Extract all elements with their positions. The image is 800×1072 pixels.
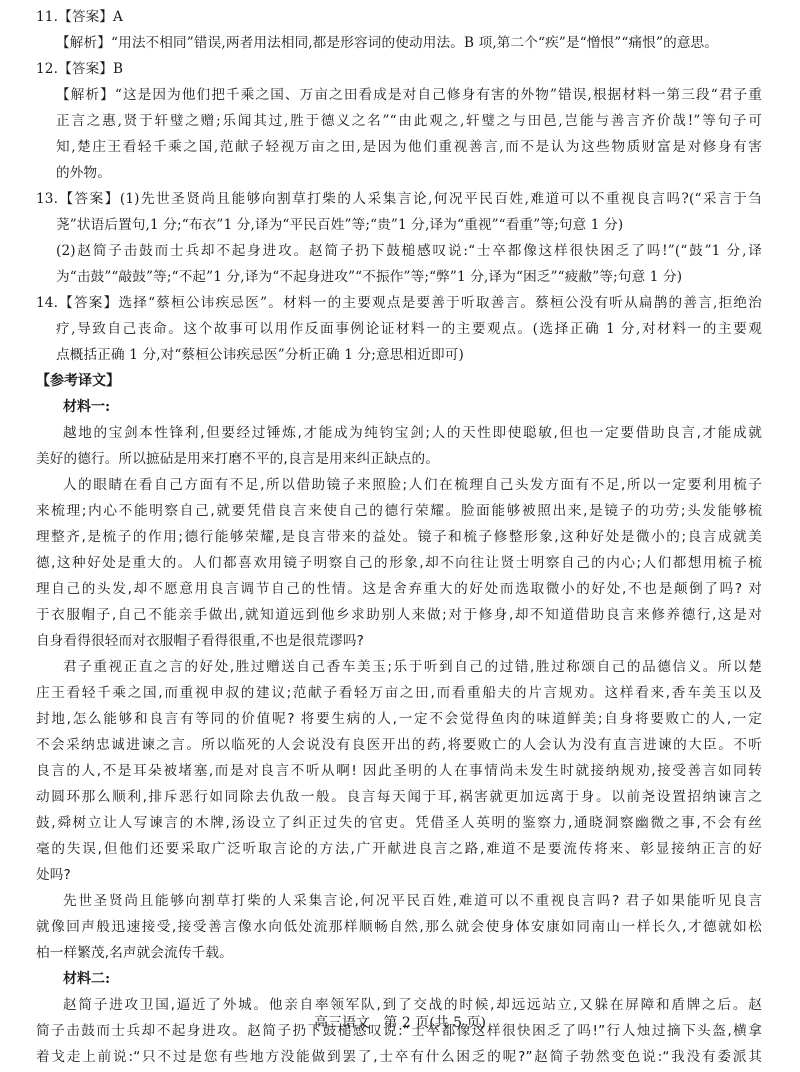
paragraph-line: 越地的宝剑本性锋利,但要经过锤炼,才能成为纯钧宝剑;人的天性即使聪敏,但也一定要… <box>36 420 762 446</box>
material-1-body: 越地的宝剑本性锋利,但要经过锤炼,才能成为纯钧宝剑;人的天性即使聪敏,但也一定要… <box>36 420 762 966</box>
paragraph-line: 封地,怎么能够和良言有等同的价值呢? 将要生病的人,一定不会觉得鱼肉的味道鲜美;… <box>36 706 762 732</box>
answer-13-line: 荛”状语后置句,1 分;“布衣”1 分,译为“平民百姓”等;“贵”1 分,译为“… <box>36 212 762 238</box>
answer-13-line: (2)赵简子击鼓而士兵却不起身进攻。赵简子扔下鼓槌感叹说:“士卒都像这样很快困乏… <box>36 238 762 264</box>
answer-11: 11.【答案】A <box>36 4 762 30</box>
paragraph-line: 先世圣贤尚且能够向割草打柴的人采集言论,何况平民百姓,难道可以不重视良言吗? 君… <box>36 888 762 914</box>
paragraph-line: 庄王看轻千乘之国,而重视申叔的建议;范献子看轻万亩之田,而看重船夫的片言规劝。这… <box>36 680 762 706</box>
answer-13: 13.【答案】(1)先世圣贤尚且能够向割草打柴的人采集言论,何况平民百姓,难道可… <box>36 186 762 212</box>
analysis-11-line: 【解析】“用法不相同”错误,两者用法相同,都是形容词的使动用法。B 项,第二个“… <box>36 30 762 56</box>
paragraph-line: 就像回声般迅速接受,接受善言像水向低处流那样顺畅自然,那么就会使身体安康如同南山… <box>36 914 762 940</box>
question-number: 12. <box>36 61 58 77</box>
answer-14-line: 疗,导致自己丧命。这个故事可以用作反面事例论证材料一的主要观点。(选择正确 1 … <box>36 316 762 342</box>
answer-13-line: 为“击鼓”“敲鼓”等;“不起”1 分,译为“不起身进攻”“不振作”等;“弊”1 … <box>36 264 762 290</box>
paragraph-line: 柏一样繁茂,名声就会流传千载。 <box>36 940 762 966</box>
answer-label: 【答案】A <box>58 9 123 25</box>
page-footer: 高三语文 第 2 页(共 5 页) <box>0 1012 800 1032</box>
question-number: 11. <box>36 9 58 25</box>
analysis-12-line: 知,楚庄王看轻千乘之国,范献子轻视万亩之田,是因为他们重视善言,而不是认为这些物… <box>36 134 762 160</box>
translation-heading: 【参考译文】 <box>36 368 762 394</box>
answer-12: 12.【答案】B <box>36 56 762 82</box>
answer-14: 14.【答案】选择“蔡桓公讳疾忌医”。材料一的主要观点是要善于听取善言。蔡桓公没… <box>36 290 762 316</box>
paragraph-line: 来梳理;内心不能明察自己,就要凭借良言来使自己的德行荣耀。脸面能够被照出来,是镜… <box>36 498 762 524</box>
material-2-title: 材料二: <box>36 966 762 992</box>
paragraph-line: 良言的人,不是耳朵被堵塞,而是对良言不听从啊! 因此圣明的人在事情尚未发生时就接… <box>36 758 762 784</box>
analysis-12-line: 【解析】“这是因为他们把千乘之国、万亩之田看成是对自己修身有害的外物”错误,根据… <box>36 82 762 108</box>
question-number: 13. <box>36 191 58 207</box>
material-1-title: 材料一: <box>36 394 762 420</box>
paragraph-line: 不会采纳忠诚进谏之言。所以临死的人会说没有良医开出的药,将要败亡的人会认为没有直… <box>36 732 762 758</box>
paragraph-line: 毫的失误,但他们还要采取广泛听取言论的方法,广开献进良言之路,难道不是要流传将来… <box>36 836 762 862</box>
paragraph-line: 理自己的头发,却不愿意用良言调节自己的性情。这是舍弃重大的好处而选取微小的好处,… <box>36 576 762 602</box>
answer-14-line: 点概括正确 1 分,对“蔡桓公讳疾忌医”分析正确 1 分;意思相近即可) <box>36 342 762 368</box>
paragraph-line: 鼓,舜树立让人写谏言的木牌,汤设立了纠正过失的官吏。凭借圣人英明的鉴察力,通晓洞… <box>36 810 762 836</box>
paragraph-line: 德,这种好处是重大的。人们都喜欢用镜子明察自己的形象,却不向往让贤士明察自己的内… <box>36 550 762 576</box>
paragraph-line: 于衣服帽子,自己不能亲手做出,就知道远到他乡求助别人来做;对于修身,却不知道借助… <box>36 602 762 628</box>
analysis-12-line: 的外物。 <box>36 160 762 186</box>
question-number: 14. <box>36 295 58 311</box>
paragraph-line: 理整齐,是梳子的作用;德行能够荣耀,是良言带来的益处。镜子和梳子修整形象,这种好… <box>36 524 762 550</box>
answer-14-line: 【答案】选择“蔡桓公讳疾忌医”。材料一的主要观点是要善于听取善言。蔡桓公没有听从… <box>58 295 762 311</box>
footer-page-info: 第 2 页(共 5 页) <box>383 1015 486 1031</box>
paragraph-line: 君子重视正直之言的好处,胜过赠送自己香车美玉;乐于听到自己的过错,胜过称颂自己的… <box>36 654 762 680</box>
document-page: 11.【答案】A 【解析】“用法不相同”错误,两者用法相同,都是形容词的使动用法… <box>36 4 762 1070</box>
answer-label: 【答案】B <box>58 61 123 77</box>
paragraph-line: 人的眼睛在看自己方面有不足,所以借助镜子来照脸;人们在梳理自己头发方面有不足,所… <box>36 472 762 498</box>
analysis-12-line: 正言之惠,贤于轩璧之赠;乐闻其过,胜于德义之名”“由此观之,轩璧之与田邑,岂能与… <box>36 108 762 134</box>
paragraph-line: 自身看得很轻而对衣服帽子看得很重,不也是很荒谬吗? <box>36 628 762 654</box>
paragraph-line: 处吗? <box>36 862 762 888</box>
paragraph-line: 着戈走上前说:“只不过是您有些地方没能做到罢了,士卒有什么困乏的呢?”赵简子勃然… <box>36 1044 762 1070</box>
paragraph-line: 动圆环那么顺利,排斥恶行如同除去仇敌一般。良言每天闻于耳,祸害就更加远离于身。以… <box>36 784 762 810</box>
footer-subject: 高三语文 <box>314 1015 370 1031</box>
paragraph-line: 美好的德行。所以摭砧是用来打磨不平的,良言是用来纠正缺点的。 <box>36 446 762 472</box>
answer-13-line: 【答案】(1)先世圣贤尚且能够向割草打柴的人采集言论,何况平民百姓,难道可以不重… <box>58 191 762 207</box>
